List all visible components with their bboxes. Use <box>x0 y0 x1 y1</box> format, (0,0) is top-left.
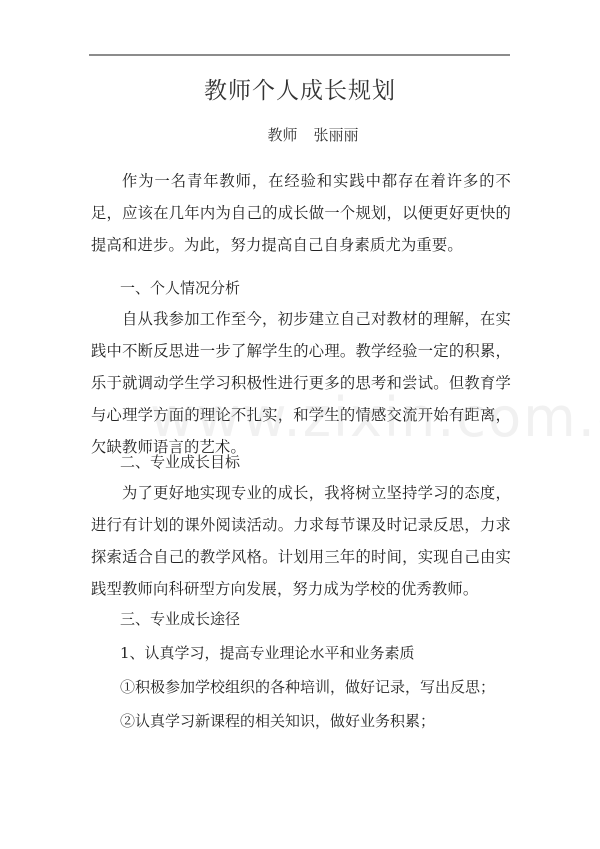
intro-paragraph: 作为一名青年教师，在经验和实践中都存在着许多的不足，应该在几年内为自己的成长做一… <box>91 165 511 261</box>
list-item: ②认真学习新课程的相关知识，做好业务积累； <box>120 709 520 733</box>
list-item: 1、认真学习，提高专业理论水平和业务素质 <box>120 641 520 665</box>
author-line: 教师张丽丽 <box>0 124 600 145</box>
list-item: ①积极参加学校组织的各种培训，做好记录，写出反思； <box>120 675 520 699</box>
section-body-2: 为了更好地实现专业的成长，我将树立坚持学习的态度，进行有计划的课外阅读活动。力求… <box>91 477 511 605</box>
author-role: 教师 <box>267 126 297 144</box>
header-rule <box>89 54 510 56</box>
section-heading-2: 二、专业成长目标 <box>120 450 520 474</box>
section-heading-3: 三、专业成长途径 <box>120 607 520 631</box>
author-name: 张丽丽 <box>314 126 359 144</box>
document-title: 教师个人成长规划 <box>0 72 600 105</box>
section-body-1: 自从我参加工作至今，初步建立自己对教材的理解，在实践中不断反思进一步了解学生的心… <box>91 303 511 463</box>
section-heading-1: 一、个人情况分析 <box>120 276 520 300</box>
